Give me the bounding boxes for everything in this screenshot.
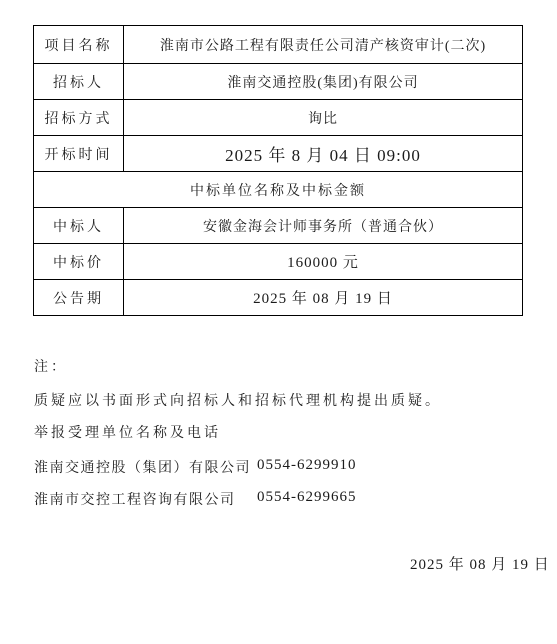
- table-row-project-name: 项目名称 淮南市公路工程有限责任公司清产核资审计(二次): [34, 26, 523, 64]
- unit-name: 淮南市交控工程咨询有限公司: [34, 489, 236, 509]
- row-label-winner: 中标人: [34, 208, 124, 244]
- row-label-project-name: 项目名称: [34, 26, 124, 64]
- row-label-announcement-period: 公告期: [34, 280, 124, 316]
- bid-result-table: 项目名称 淮南市公路工程有限责任公司清产核资审计(二次) 招标人 淮南交通控股(…: [33, 25, 523, 316]
- row-label-winning-price: 中标价: [34, 244, 124, 280]
- report-units-heading: 举报受理单位名称及电话: [34, 422, 221, 442]
- table-row-announcement-period: 公告期 2025 年 08 月 19 日: [34, 280, 523, 316]
- unit-name: 淮南交通控股（集团）有限公司: [34, 457, 251, 477]
- row-value-winner: 安徽金海会计师事务所（普通合伙）: [124, 208, 523, 244]
- report-unit-line: 淮南交通控股（集团）有限公司 0554-6299910: [34, 457, 514, 477]
- publish-date: 2025 年 08 月 19 日: [410, 553, 550, 574]
- table-row-tender-method: 招标方式 询比: [34, 100, 523, 136]
- row-value-tenderer: 淮南交通控股(集团)有限公司: [124, 64, 523, 100]
- table-row-bid-opening-time: 开标时间 2025 年 8 月 04 日 09:00: [34, 136, 523, 172]
- row-label-bid-opening-time: 开标时间: [34, 136, 124, 172]
- row-value-winning-price: 160000 元: [124, 244, 523, 280]
- row-value-tender-method: 询比: [124, 100, 523, 136]
- unit-phone: 0554-6299910: [257, 457, 357, 474]
- row-label-tenderer: 招标人: [34, 64, 124, 100]
- row-value-bid-opening-time: 2025 年 8 月 04 日 09:00: [124, 136, 523, 172]
- table-row-winner: 中标人 安徽金海会计师事务所（普通合伙）: [34, 208, 523, 244]
- objection-note: 质疑应以书面形式向招标人和招标代理机构提出质疑。: [34, 390, 442, 410]
- table-row-winning-price: 中标价 160000 元: [34, 244, 523, 280]
- table-row-tenderer: 招标人 淮南交通控股(集团)有限公司: [34, 64, 523, 100]
- report-unit-line: 淮南市交控工程咨询有限公司 0554-6299665: [34, 489, 514, 509]
- table-row-section-header: 中标单位名称及中标金额: [34, 172, 523, 208]
- row-value-announcement-period: 2025 年 08 月 19 日: [124, 280, 523, 316]
- row-value-project-name: 淮南市公路工程有限责任公司清产核资审计(二次): [124, 26, 523, 64]
- row-label-tender-method: 招标方式: [34, 100, 124, 136]
- unit-phone: 0554-6299665: [257, 489, 357, 506]
- section-header-winner-info: 中标单位名称及中标金额: [34, 172, 523, 208]
- note-label: 注：: [34, 356, 68, 376]
